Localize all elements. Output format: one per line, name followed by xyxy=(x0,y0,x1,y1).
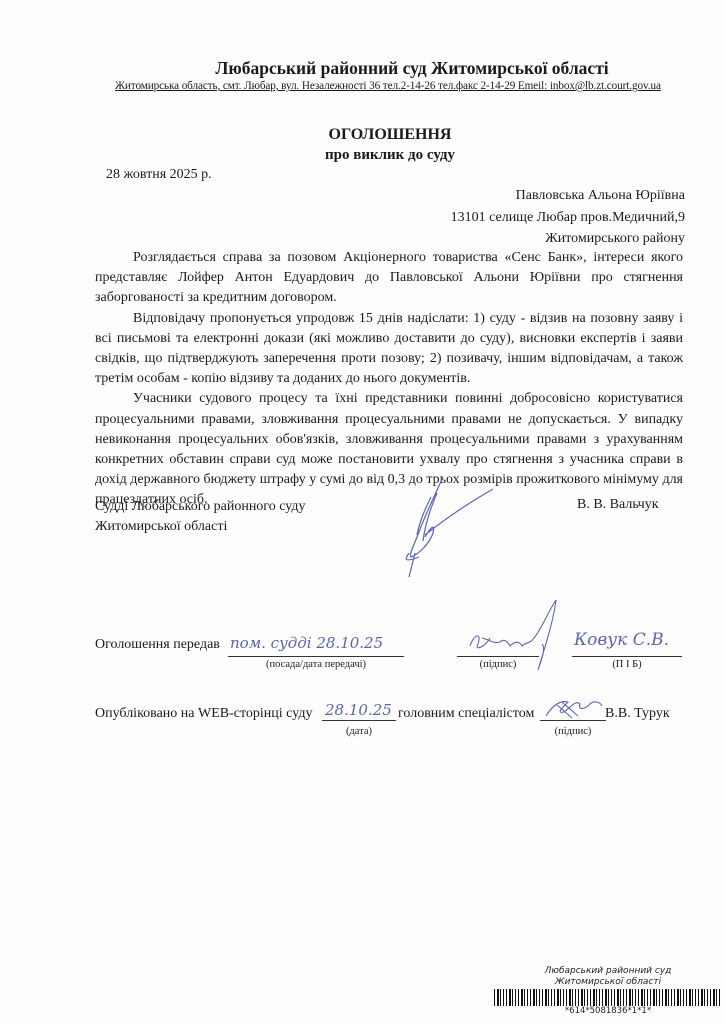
handover-signature-caption: (підпис) xyxy=(457,659,539,670)
recipient-address-line2: Житомирського району xyxy=(451,228,685,250)
registration-stamp: Любарський районний суд Житомирської обл… xyxy=(494,966,722,1016)
publication-date-line xyxy=(322,720,396,721)
stamp-court-line2: Житомирської області xyxy=(494,977,722,988)
barcode-text: *614*5081836*1*1* xyxy=(494,1006,722,1016)
handover-position-date-line xyxy=(228,656,404,657)
document-date: 28 жовтня 2025 р. xyxy=(106,167,212,183)
handover-name-line xyxy=(572,656,682,657)
handover-name-caption: (П І Б) xyxy=(572,659,682,670)
judge-title-line2: Житомирської області xyxy=(95,517,305,537)
judge-signature-icon xyxy=(395,475,495,575)
handover-label: Оголошення передав xyxy=(95,637,220,653)
publication-specialist-label: головним спеціалістом xyxy=(398,706,534,722)
body-paragraph: Відповідачу пропонується упродовж 15 дні… xyxy=(95,309,683,390)
body-paragraph: Учасники судового процесу та їхні предст… xyxy=(95,389,683,510)
publication-specialist-name: В.В. Турук xyxy=(605,706,670,722)
recipient-block: Павловська Альона Юріївна 13101 селище Л… xyxy=(451,185,685,250)
publication-date: 28.10.25 xyxy=(325,701,392,719)
publication-date-caption: (дата) xyxy=(322,726,396,737)
court-name: Любарський районний суд Житомирської обл… xyxy=(0,58,724,79)
recipient-name: Павловська Альона Юріївна xyxy=(451,185,685,207)
judge-title: Судді Любарського районного суду Житомир… xyxy=(95,497,305,537)
recipient-address-line1: 13101 селище Любар пров.Медичний,9 xyxy=(451,207,685,229)
document-title: ОГОЛОШЕННЯ xyxy=(0,126,724,144)
handover-signature-line xyxy=(457,656,539,657)
notice-body: Розглядається справа за позовом Акціонер… xyxy=(95,248,683,511)
judge-title-line1: Судді Любарського районного суду xyxy=(95,497,305,517)
publication-signature-icon xyxy=(542,696,608,722)
publication-signature-caption: (підпис) xyxy=(540,726,606,737)
body-paragraph: Розглядається справа за позовом Акціонер… xyxy=(95,248,683,309)
court-address: Житомирська область, смт. Любар, вул. Не… xyxy=(115,80,661,92)
handover-position-date-caption: (посада/дата передачі) xyxy=(228,659,404,670)
publication-label: Опубліковано на WEB-сторінці суду xyxy=(95,706,312,722)
handover-position-date: пом. судді 28.10.25 xyxy=(230,634,383,652)
handover-name: Ковук С.В. xyxy=(574,630,669,650)
judge-name: В. В. Вальчук xyxy=(577,497,659,513)
stamp-court-line1: Любарський районний суд xyxy=(494,966,722,977)
document-subtitle: про виклик до суду xyxy=(0,147,724,164)
barcode-icon xyxy=(494,989,722,1006)
publication-signature-line xyxy=(540,720,606,721)
